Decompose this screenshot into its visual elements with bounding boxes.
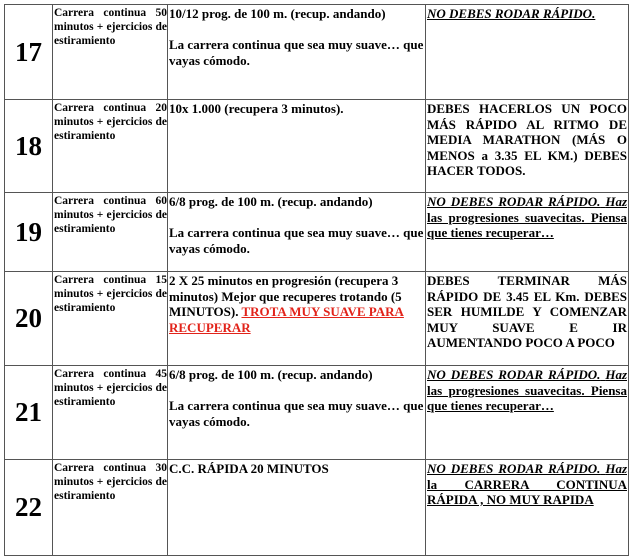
afternoon-line-1: 6/8 prog. de 100 m. (recup. andando) <box>169 194 373 209</box>
afternoon-line-2: La carrera continua que sea muy suave… q… <box>169 398 423 429</box>
afternoon-line-2: La carrera continua que sea muy suave… q… <box>169 37 423 68</box>
note-warning: NO DEBES RODAR RÁPIDO. <box>427 6 595 21</box>
morning-session: Carrera continua 20 minutos + ejercicios… <box>53 100 168 193</box>
day-number: 22 <box>5 460 53 556</box>
note-warning: NO DEBES RODAR RÁPIDO. <box>427 367 600 382</box>
morning-session: Carrera continua 30 minutos + ejercicios… <box>53 460 168 556</box>
afternoon-line-1: C.C. RÁPIDA 20 MINUTOS <box>169 461 329 476</box>
day-number: 20 <box>5 272 53 366</box>
note-detail: las progresiones suavecitas. Piensa que … <box>427 383 627 414</box>
coach-note: DEBES TERMINAR MÁS RÁPIDO DE 3.45 EL Km.… <box>426 272 629 366</box>
note-haz: Haz <box>605 194 627 209</box>
day-number: 19 <box>5 193 53 272</box>
table-row: 22 Carrera continua 30 minutos + ejercic… <box>5 460 629 556</box>
afternoon-session: C.C. RÁPIDA 20 MINUTOS <box>168 460 426 556</box>
afternoon-session: 10x 1.000 (recupera 3 minutos). <box>168 100 426 193</box>
day-number: 21 <box>5 366 53 460</box>
morning-session: Carrera continua 45 minutos + ejercicios… <box>53 366 168 460</box>
note-haz: Haz <box>605 461 627 476</box>
afternoon-line-1: 6/8 prog. de 100 m. (recup. andando) <box>169 367 373 382</box>
table-row: 21 Carrera continua 45 minutos + ejercic… <box>5 366 629 460</box>
afternoon-line-2: La carrera continua que sea muy suave… q… <box>169 225 423 256</box>
day-number: 17 <box>5 5 53 100</box>
afternoon-session: 2 X 25 minutos en progresión (recupera 3… <box>168 272 426 366</box>
note-haz: Haz <box>605 367 627 382</box>
table-row: 17 Carrera continua 50 minutos + ejercic… <box>5 5 629 100</box>
morning-session: Carrera continua 15 minutos + ejercicios… <box>53 272 168 366</box>
afternoon-line-1: 10x 1.000 (recupera 3 minutos). <box>169 101 344 116</box>
afternoon-line-1: 10/12 prog. de 100 m. (recup. andando) <box>169 6 386 21</box>
note-warning: NO DEBES RODAR RÁPIDO. <box>427 461 600 476</box>
table-row: 19 Carrera continua 60 minutos + ejercic… <box>5 193 629 272</box>
afternoon-session: 6/8 prog. de 100 m. (recup. andando) La … <box>168 193 426 272</box>
coach-note: NO DEBES RODAR RÁPIDO. Haz la CARRERA CO… <box>426 460 629 556</box>
note-detail: las progresiones suavecitas. Piensa que … <box>427 210 627 241</box>
coach-note: DEBES HACERLOS UN POCO MÁS RÁPIDO AL RIT… <box>426 100 629 193</box>
table-row: 18 Carrera continua 20 minutos + ejercic… <box>5 100 629 193</box>
coach-note: NO DEBES RODAR RÁPIDO. <box>426 5 629 100</box>
coach-note: NO DEBES RODAR RÁPIDO. Haz las progresio… <box>426 366 629 460</box>
note-warning: NO DEBES RODAR RÁPIDO. <box>427 194 600 209</box>
afternoon-session: 10/12 prog. de 100 m. (recup. andando) L… <box>168 5 426 100</box>
morning-session: Carrera continua 60 minutos + ejercicios… <box>53 193 168 272</box>
afternoon-session: 6/8 prog. de 100 m. (recup. andando) La … <box>168 366 426 460</box>
morning-session: Carrera continua 50 minutos + ejercicios… <box>53 5 168 100</box>
note-detail: la CARRERA CONTINUA RÁPIDA , NO MUY RAPI… <box>427 477 627 508</box>
table-row: 20 Carrera continua 15 minutos + ejercic… <box>5 272 629 366</box>
day-number: 18 <box>5 100 53 193</box>
training-plan-table: 17 Carrera continua 50 minutos + ejercic… <box>4 4 629 556</box>
coach-note: NO DEBES RODAR RÁPIDO. Haz las progresio… <box>426 193 629 272</box>
